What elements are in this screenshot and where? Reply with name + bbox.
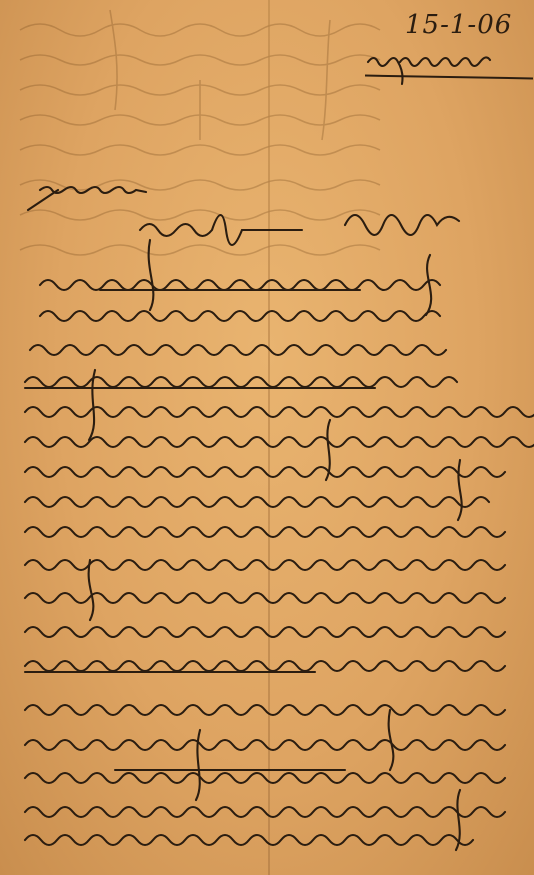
handwritten-script [0, 0, 534, 875]
manuscript-page: 15-1-06 ᲫᲘᲕᲜᲘᲚᲘᲡ illegibl [0, 0, 534, 875]
